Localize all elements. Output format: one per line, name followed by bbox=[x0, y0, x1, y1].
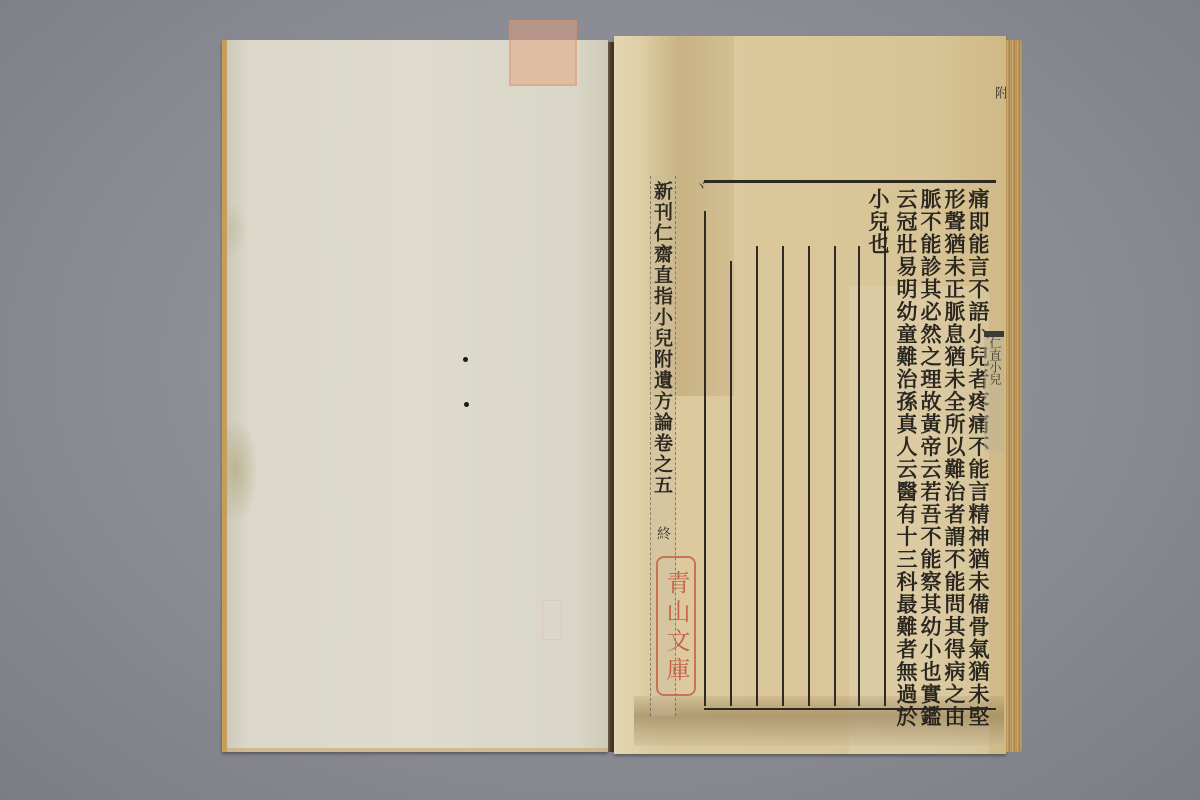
page-edge bbox=[227, 748, 608, 752]
open-book: 新刊仁齋直指小兒附遺方論卷之五 終 ヾ 青山文庫 痛即能言不語小兒者疼痛不能言精… bbox=[220, 36, 1020, 754]
column-rule bbox=[834, 246, 836, 706]
paper-stain bbox=[227, 200, 247, 260]
text-column-3: 脈不能診其必然之理故黃帝云若吾不能察其幼小也實鑑 bbox=[920, 188, 941, 728]
running-head: 附 bbox=[990, 86, 1006, 99]
column-rule bbox=[884, 226, 886, 706]
right-page-text: 新刊仁齋直指小兒附遺方論卷之五 終 ヾ 青山文庫 痛即能言不語小兒者疼痛不能言精… bbox=[614, 36, 1006, 754]
column-rule bbox=[858, 246, 860, 706]
left-page-blank bbox=[222, 40, 608, 752]
column-rule bbox=[730, 261, 732, 706]
text-column-2: 形聲猶未正脈息猶未全所以難治者謂不能問其得病之由 bbox=[944, 188, 965, 728]
fold-label: 仁直小兒 bbox=[984, 331, 1004, 451]
text-column-4: 云冠壯易明幼童難治孫真人云醫有十三科最難者無過於 bbox=[896, 188, 917, 728]
library-seal: 青山文庫 bbox=[656, 556, 696, 696]
column-rule bbox=[756, 246, 758, 706]
text-column-5: 小兒也 bbox=[868, 188, 889, 256]
column-rule bbox=[704, 211, 706, 706]
chapter-title: 新刊仁齋直指小兒附遺方論卷之五 bbox=[652, 181, 671, 496]
page-edges-stack bbox=[1006, 40, 1022, 752]
column-rule bbox=[782, 246, 784, 706]
column-rule bbox=[808, 246, 810, 706]
faint-seal-offset bbox=[509, 20, 577, 86]
text-column-1: 痛即能言不語小兒者疼痛不能言精神猶未備骨氣猶未堅 bbox=[968, 188, 989, 728]
worm-hole bbox=[464, 402, 469, 407]
faint-seal-offset-small bbox=[542, 600, 562, 640]
end-mark: 終 bbox=[656, 526, 670, 541]
worm-hole bbox=[463, 357, 468, 362]
paper-stain bbox=[227, 420, 257, 520]
